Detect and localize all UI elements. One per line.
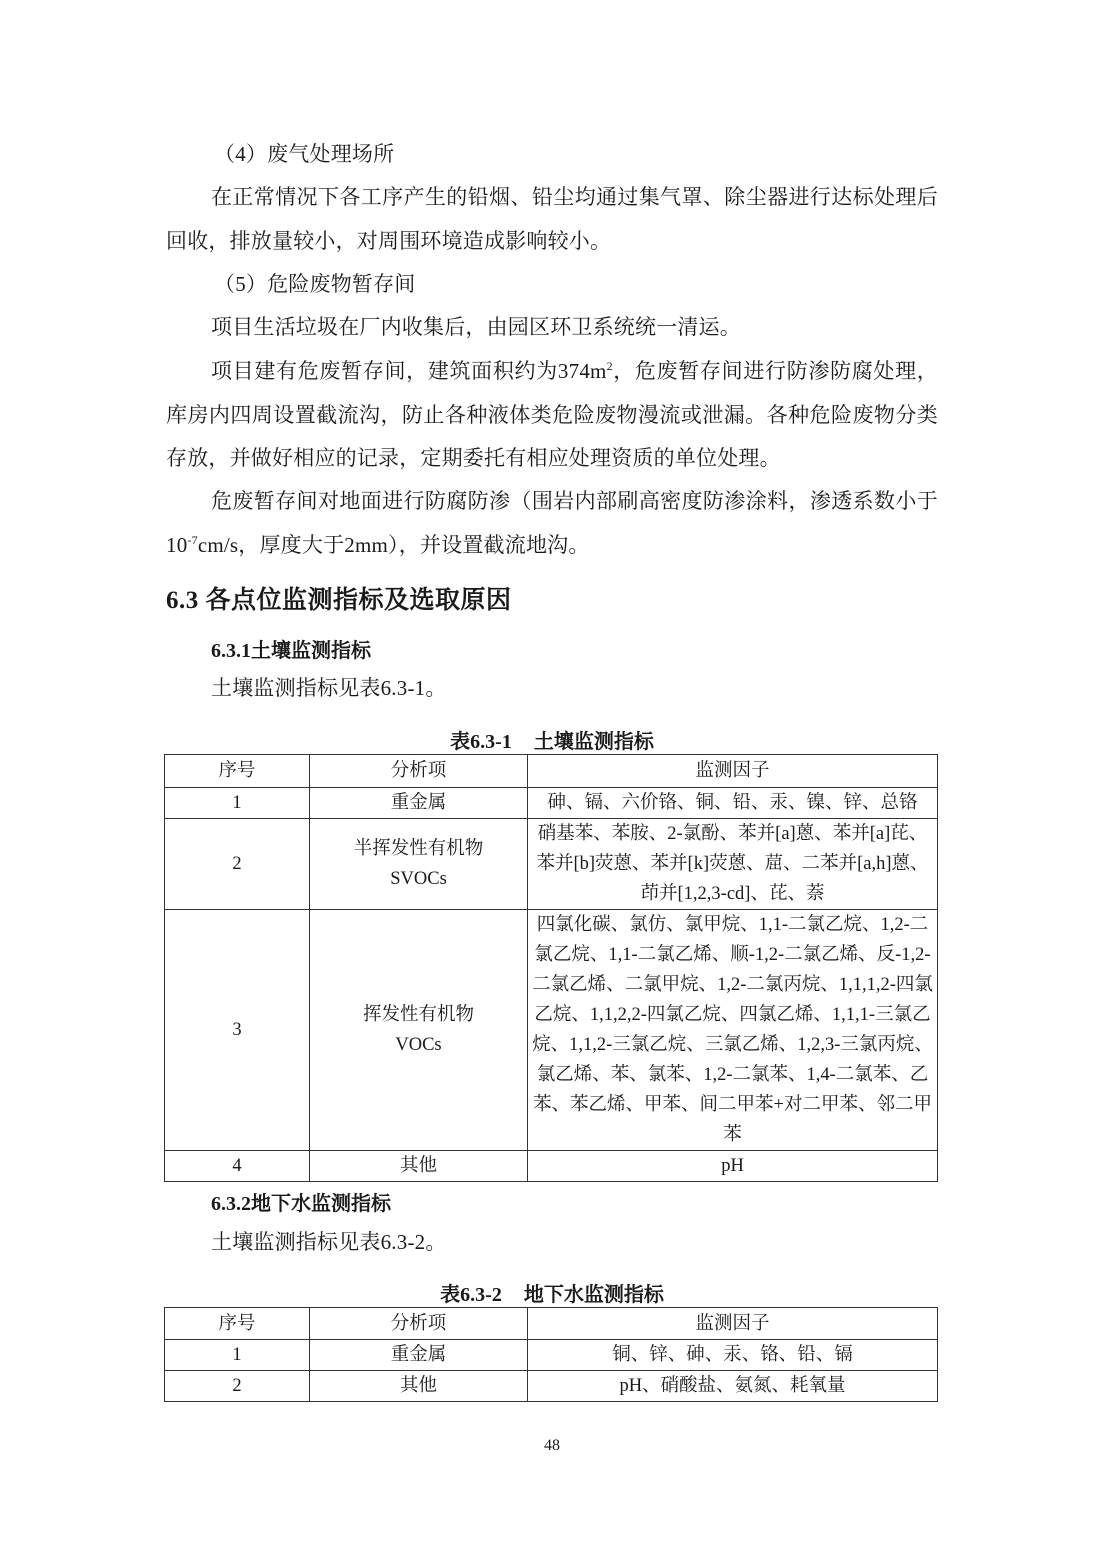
groundwater-monitoring-table: 序号 分析项 监测因子 1 重金属 铜、锌、砷、汞、铬、铅、镉 2 其他 pH、… xyxy=(164,1307,938,1402)
section-heading-6-3-1: 6.3.1土壤监测指标 xyxy=(211,634,371,663)
item-en: VOCs xyxy=(311,1030,526,1060)
table-caption-6-3-2: 表6.3-2地下水监测指标 xyxy=(166,1278,938,1307)
table-row: 4 其他 pH xyxy=(165,1151,938,1182)
cell-factors: 砷、镉、六价铬、铜、铅、汞、镍、锌、总铬 xyxy=(528,788,938,819)
cell-factors: pH、硝酸盐、氨氮、耗氧量 xyxy=(528,1371,938,1402)
caption-number: 表6.3-2 xyxy=(440,1284,502,1306)
cell-no: 3 xyxy=(165,910,310,1151)
subheading-waste-gas-site: （4）废气处理场所 xyxy=(166,133,938,177)
cell-factors: pH xyxy=(528,1151,938,1182)
cell-item: 挥发性有机物VOCs xyxy=(310,910,528,1151)
table-row: 1 重金属 铜、锌、砷、汞、铬、铅、镉 xyxy=(165,1340,938,1371)
cell-item: 其他 xyxy=(310,1371,528,1402)
cell-no: 1 xyxy=(165,788,310,819)
table-row: 2 半挥发性有机物SVOCs 硝基苯、苯胺、2-氯酚、苯并[a]蒽、苯并[a]芘… xyxy=(165,819,938,910)
paragraph-waste-gas: 在正常情况下各工序产生的铅烟、铅尘均通过集气罩、除尘器进行达标处理后回收，排放量… xyxy=(166,176,938,263)
caption-number: 表6.3-1 xyxy=(450,731,512,753)
cell-no: 2 xyxy=(165,819,310,910)
cell-factors: 四氯化碳、氯仿、氯甲烷、1,1-二氯乙烷、1,2-二氯乙烷、1,1-二氯乙烯、顺… xyxy=(528,910,938,1151)
page-number: 48 xyxy=(166,1437,938,1455)
subheading-hazardous-storage: （5）危险废物暂存间 xyxy=(166,263,938,307)
cell-item: 其他 xyxy=(310,1151,528,1182)
table-caption-6-3-1: 表6.3-1土壤监测指标 xyxy=(166,725,938,754)
header-cell-no: 序号 xyxy=(165,1308,310,1340)
section-heading-6-3: 6.3 各点位监测指标及选取原因 xyxy=(166,580,512,616)
text-segment: 项目建有危废暂存间，建筑面积约为374m xyxy=(211,359,607,383)
cell-item: 重金属 xyxy=(310,1340,528,1371)
cell-no: 2 xyxy=(165,1371,310,1402)
item-cn: 挥发性有机物 xyxy=(311,1000,526,1030)
table-row: 1 重金属 砷、镉、六价铬、铜、铅、汞、镍、锌、总铬 xyxy=(165,788,938,819)
table-row: 2 其他 pH、硝酸盐、氨氮、耗氧量 xyxy=(165,1371,938,1402)
cell-no: 4 xyxy=(165,1151,310,1182)
item-en: SVOCs xyxy=(311,864,526,894)
header-cell-factors: 监测因子 xyxy=(528,1308,938,1340)
table-header-row: 序号 分析项 监测因子 xyxy=(165,755,938,788)
header-cell-item: 分析项 xyxy=(310,1308,528,1340)
section-heading-6-3-2: 6.3.2地下水监测指标 xyxy=(211,1187,391,1216)
cell-factors: 铜、锌、砷、汞、铬、铅、镉 xyxy=(528,1340,938,1371)
caption-text: 土壤监测指标 xyxy=(534,731,654,753)
item-cn: 半挥发性有机物 xyxy=(311,834,526,864)
header-cell-item: 分析项 xyxy=(310,755,528,788)
cell-item: 重金属 xyxy=(310,788,528,819)
cell-no: 1 xyxy=(165,1340,310,1371)
paragraph-hazardous-storage: 项目建有危废暂存间，建筑面积约为374m2，危废暂存间进行防渗防腐处理，库房内四… xyxy=(166,350,938,481)
soil-monitoring-table: 序号 分析项 监测因子 1 重金属 砷、镉、六价铬、铜、铅、汞、镍、锌、总铬 2… xyxy=(164,754,938,1182)
paragraph-soil-intro: 土壤监测指标见表6.3-1。 xyxy=(166,667,938,711)
superscript: -7 xyxy=(187,533,197,547)
table-row: 3 挥发性有机物VOCs 四氯化碳、氯仿、氯甲烷、1,1-二氯乙烷、1,2-二氯… xyxy=(165,910,938,1151)
cell-factors: 硝基苯、苯胺、2-氯酚、苯并[a]蒽、苯并[a]芘、苯并[b]荧蒽、苯并[k]荧… xyxy=(528,819,938,910)
paragraph-groundwater-intro: 土壤监测指标见表6.3-2。 xyxy=(166,1221,938,1265)
header-cell-factors: 监测因子 xyxy=(528,755,938,788)
header-cell-no: 序号 xyxy=(165,755,310,788)
paragraph-anti-seepage: 危废暂存间对地面进行防腐防渗（围岩内部刷高密度防渗涂料，渗透系数小于10-7cm… xyxy=(166,480,938,567)
caption-text: 地下水监测指标 xyxy=(524,1284,664,1306)
table-header-row: 序号 分析项 监测因子 xyxy=(165,1308,938,1340)
text-segment: cm/s，厚度大于2mm），并设置截流地沟。 xyxy=(198,533,590,557)
cell-item: 半挥发性有机物SVOCs xyxy=(310,819,528,910)
paragraph-domestic-waste: 项目生活垃圾在厂内收集后，由园区环卫系统统一清运。 xyxy=(166,306,938,350)
